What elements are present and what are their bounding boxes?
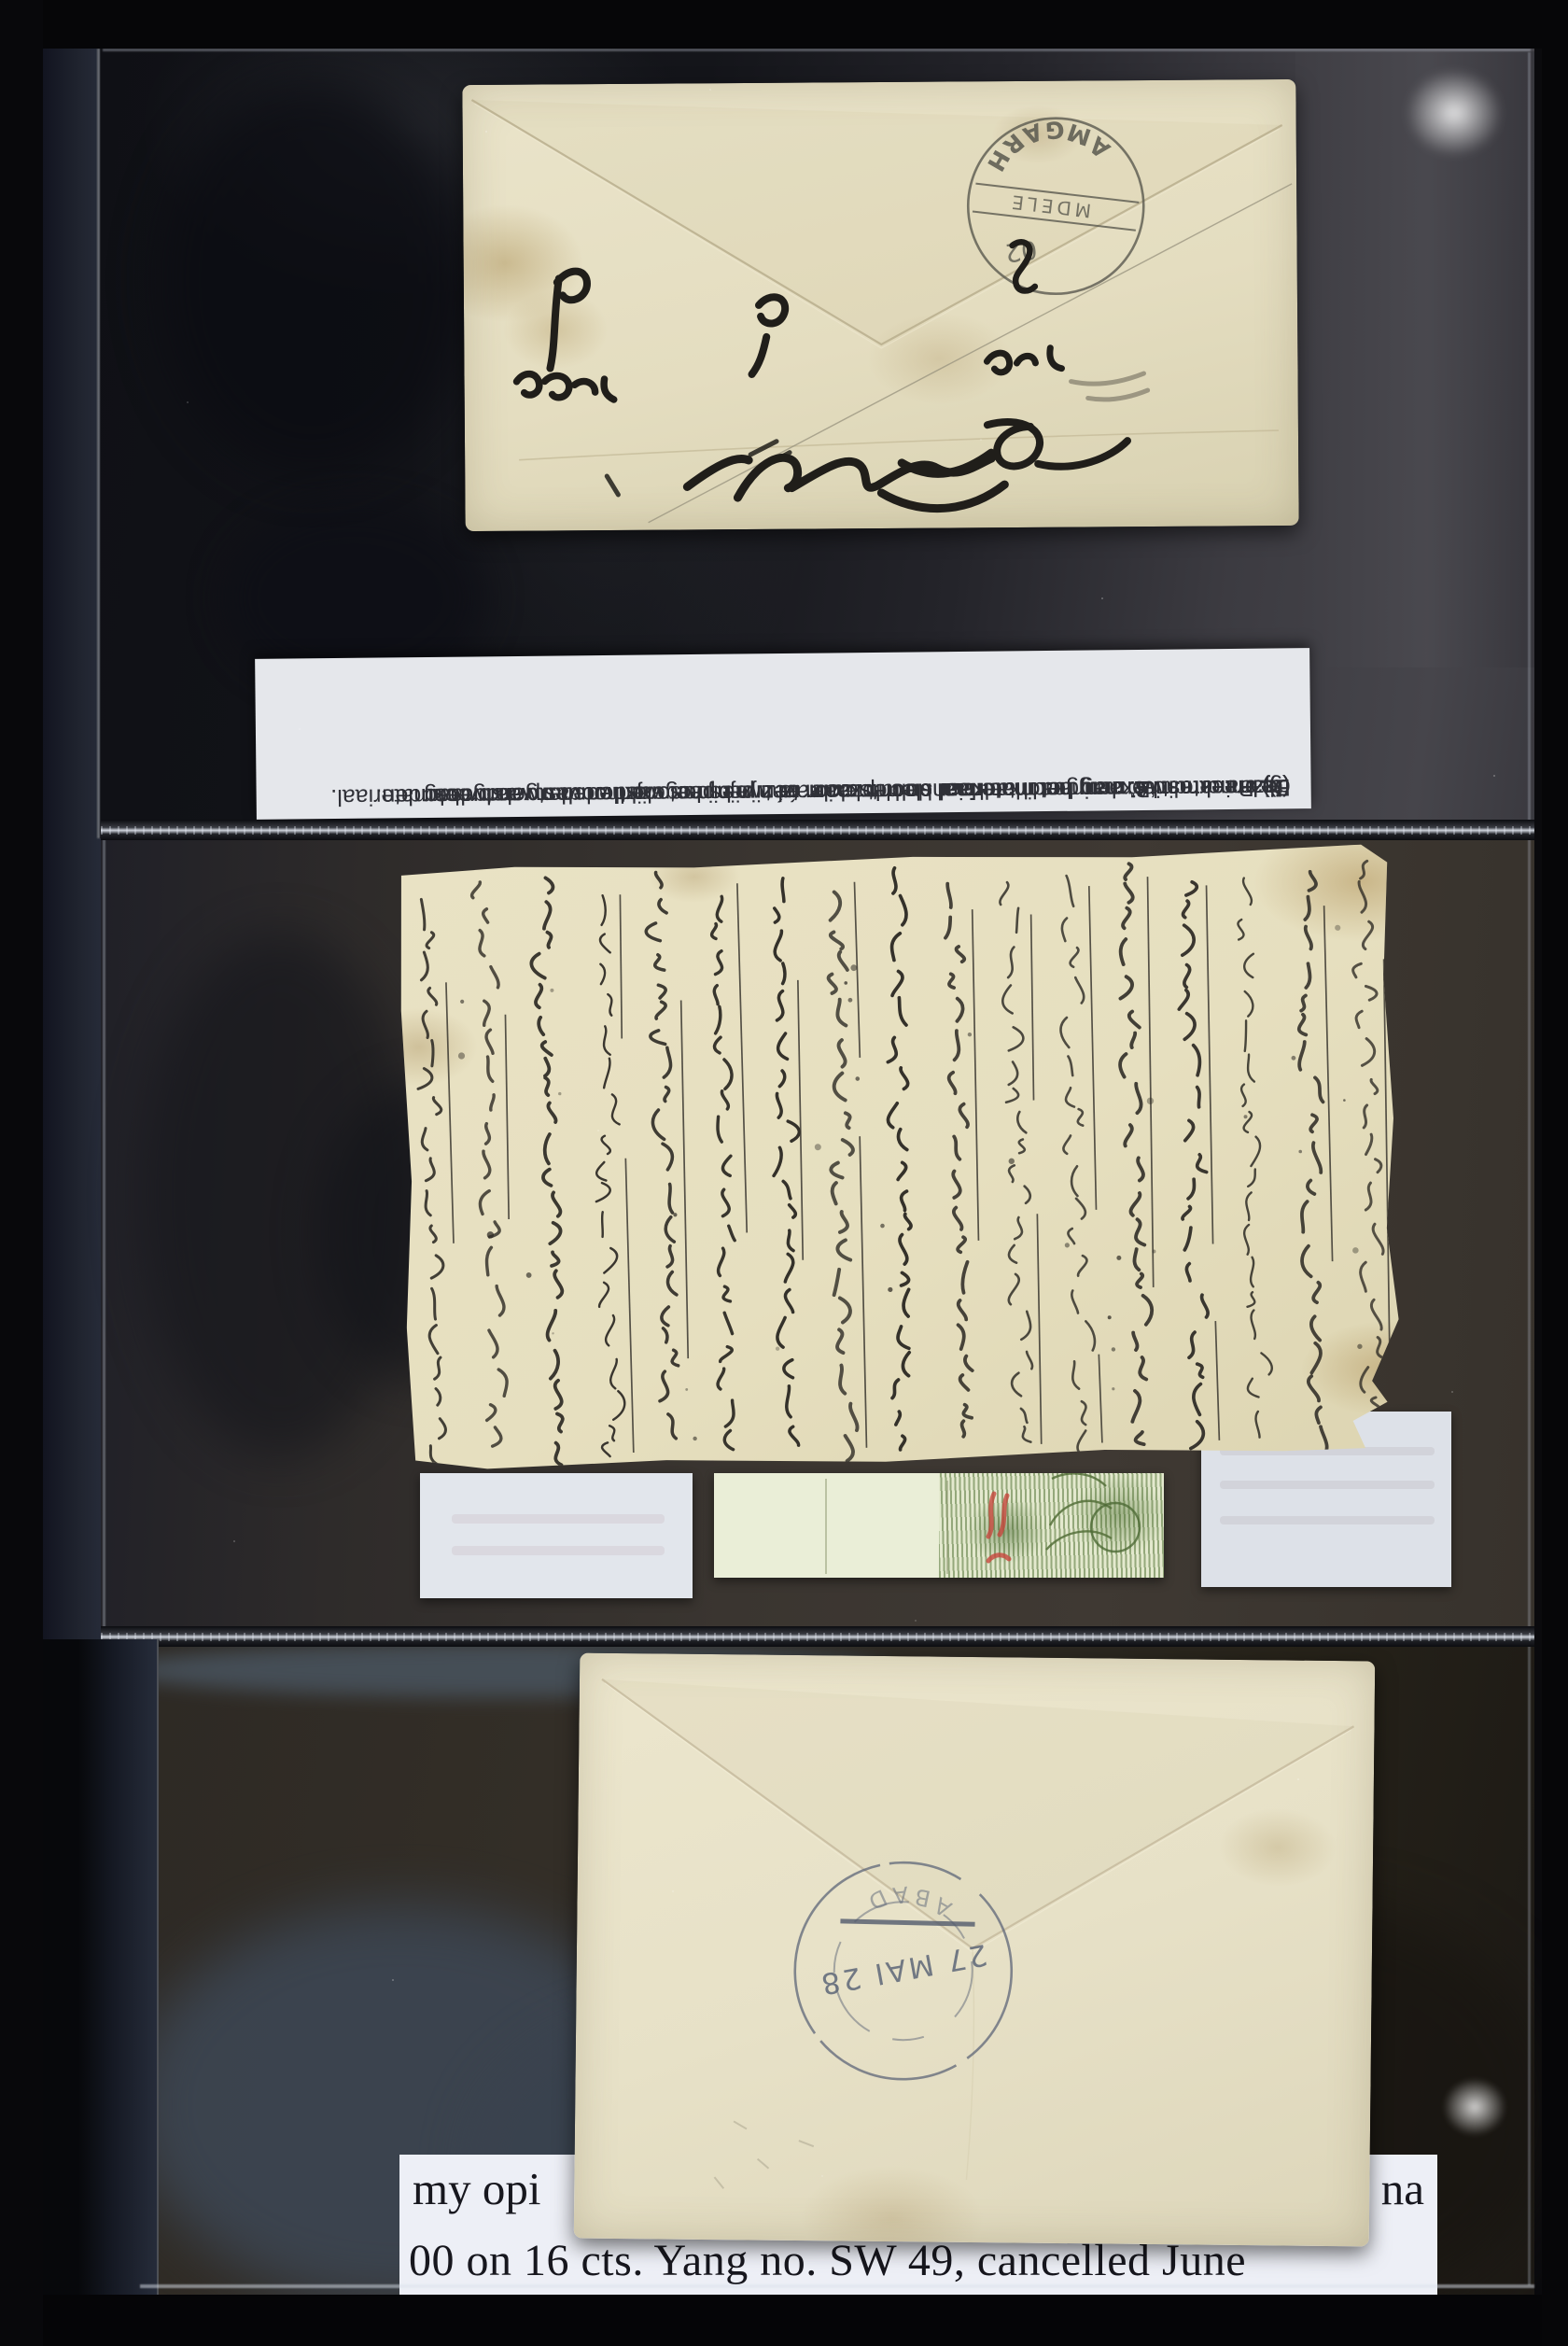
ink-blot [1147,1098,1155,1105]
script-column [414,899,449,1465]
script-column [471,881,508,1446]
sleeve-seam-upper [101,820,1534,840]
stamp-detail [714,1473,1164,1578]
ink-blot [855,1076,860,1081]
ink-blot [815,1144,821,1150]
script-headline-rule [1215,1321,1219,1440]
sleeve-right-crease [1528,52,1531,2285]
reflection-highlight [1295,51,1534,667]
script-headline-rule [505,1015,510,1219]
ink-blot [1112,1347,1115,1351]
ink-blot [552,1332,553,1334]
script-headline-rule [1099,1355,1102,1443]
script-column [1000,882,1035,1442]
flap-shading [599,1679,1354,1952]
ink-blot [844,981,847,985]
handwritten-postcard [395,844,1403,1474]
ink-blot [1243,1115,1247,1118]
sleeve-left-crease [103,838,105,1641]
script-headline-rule [860,1136,866,1448]
postcard-script [395,844,1403,1474]
script-column [881,868,917,1451]
ink-blot [1009,1159,1015,1165]
specular-highlight [1443,2078,1506,2136]
ink-blot [550,989,553,992]
dutch-line-text: De Paneraad examinandi kan binnen het ka… [424,771,1291,811]
script-headline-rule [1029,914,1034,1100]
script-column [707,896,739,1450]
script-headline-rule [625,1159,634,1453]
ink-blot [693,1437,696,1440]
sleeve-top-edge [103,49,1531,51]
ink-blot [880,1224,885,1229]
ink-blot [1116,1256,1121,1260]
reflection-shadow [159,84,467,476]
white-card-left [420,1473,693,1598]
dutch-text-block: deze norm niet. (d) Bij breektest ‘A’ ma… [255,648,1311,820]
script-headline-rule [1145,877,1156,1287]
ink-blot [1335,925,1340,931]
stamps-peeking [714,1473,1164,1578]
sleeve-seam-lower [101,1626,1534,1647]
dust-specks [0,0,2,2]
ink-blot [888,1287,892,1292]
ink-blot [1108,1315,1112,1319]
ink-blot [1298,1150,1302,1154]
script-column [945,883,974,1437]
album-page-photo: MDELE AMGARH 02 [0,0,1568,2346]
postmark-date: 27 MAI 28 [816,1937,989,2001]
script-column [767,878,805,1445]
photo-edge-left [0,0,43,2346]
ink-blot [526,1272,532,1278]
script-headline-rule [1089,886,1097,1210]
script-headline-rule [797,980,804,1260]
specular-highlight [1406,69,1503,157]
sleeve-bottom-edge [140,2284,1534,2288]
ink-blot [460,1000,464,1004]
script-headline-rule [446,982,454,1243]
script-column [825,892,860,1461]
script-headline-rule [680,1000,689,1358]
script-headline-rule [1324,906,1333,1261]
ink-blot [558,1092,561,1095]
script-headline-rule [619,894,623,1038]
sleeve-left-crease [97,49,100,838]
ink-blot [1357,1344,1363,1350]
photo-edge-top [0,0,1568,49]
script-column [529,878,566,1465]
ink-blot [850,964,857,971]
photo-edge-bottom [0,2295,1568,2346]
scuff-marks [714,2121,814,2189]
caption-line1-right: na [1381,2162,1424,2215]
ink-blot [685,1388,688,1391]
script-column [645,872,679,1439]
red-overprint [988,1494,1009,1561]
ink-blot [776,1346,779,1350]
ink-blot [968,1033,972,1036]
photo-edge-right [1542,0,1568,2346]
ink-blot [1065,1243,1070,1247]
script-headline-rule [1037,1214,1043,1444]
ink-blot [847,998,852,1003]
script-headline-rule [737,883,747,1232]
envelope-bottom-artwork: 27 MAI 28 ABAD [574,1653,1376,2247]
script-headline-rule [1206,885,1214,1243]
script-headline-rule [972,909,979,1241]
envelope-top-artwork: MDELE AMGARH 02 [462,79,1298,531]
dutch-text-label: deze norm niet. (d) Bij breektest ‘A’ ma… [255,648,1311,820]
caption-line1-left: my opi [413,2162,540,2215]
ink-blot [1291,1056,1295,1061]
ink-blot [1343,1099,1346,1102]
ink-blot [458,1052,465,1059]
script-column [1175,882,1211,1449]
ink-blot [1352,1247,1359,1254]
script-column [1237,878,1273,1438]
ink-blot [1112,1387,1114,1390]
envelope-back-bottom: 27 MAI 28 ABAD [574,1653,1376,2247]
envelope-back-top: MDELE AMGARH 02 [462,79,1298,531]
fold-crease [519,430,1279,460]
flap-shading [471,94,1283,347]
